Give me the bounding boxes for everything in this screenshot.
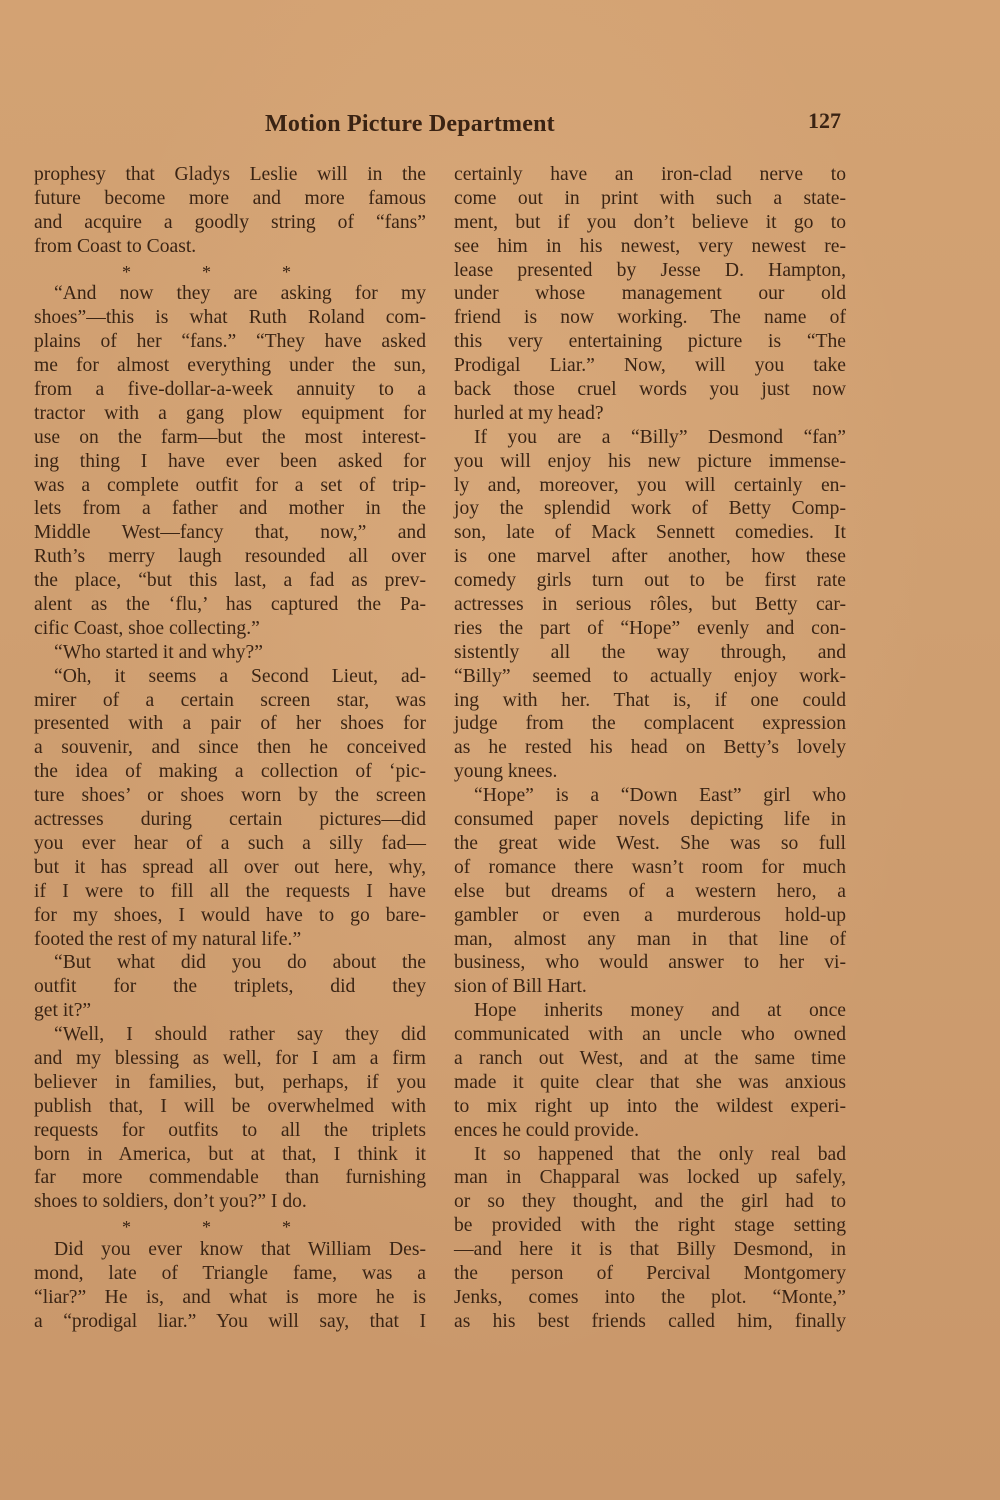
section-break: *** [34, 259, 426, 283]
text-line: this very entertaining picture is “The [454, 330, 846, 354]
text-line: use on the farm—but the most interest- [34, 426, 426, 450]
text-line: shoes”—this is what Ruth Roland com- [34, 306, 426, 330]
text-line: you will enjoy his new picture immense- [454, 450, 846, 474]
text-line: “Hope” is a “Down East” girl who [454, 784, 846, 808]
text-line: “liar?” He is, and what is more he is [34, 1286, 426, 1310]
text-line: the idea of making a collection of ‘pic- [34, 760, 426, 784]
text-line: to mix right up into the wildest experi- [454, 1095, 846, 1119]
text-line: Hope inherits money and at once [454, 999, 846, 1023]
text-line: ture shoes’ or shoes worn by the screen [34, 784, 426, 808]
text-line: actresses in serious rôles, but Betty ca… [454, 593, 846, 617]
text-line: come out in print with such a state- [454, 187, 846, 211]
text-line: else but dreams of a western hero, a [454, 880, 846, 904]
text-line: son, late of Mack Sennett comedies. It [454, 521, 846, 545]
left-column: prophesy that Gladys Leslie will in thef… [34, 163, 426, 1334]
text-line: outfit for the triplets, did they [34, 975, 426, 999]
text-line: future become more and more famous [34, 187, 426, 211]
text-line: “Billy” seemed to actually enjoy work- [454, 665, 846, 689]
text-line: you ever hear of a such a silly fad— [34, 832, 426, 856]
text-line: mond, late of Triangle fame, was a [34, 1262, 426, 1286]
asterisk-divider-icon: * [282, 261, 291, 285]
text-line: as he rested his head on Betty’s lovely [454, 736, 846, 760]
text-line: “Who started it and why?” [34, 641, 426, 665]
text-line: see him in his newest, very newest re- [454, 235, 846, 259]
asterisk-divider-icon: * [202, 1216, 211, 1240]
text-line: lease presented by Jesse D. Hampton, [454, 259, 846, 283]
text-line: “And now they are asking for my [34, 282, 426, 306]
text-line: ries the part of “Hope” evenly and con- [454, 617, 846, 641]
text-line: far more commendable than furnishing [34, 1166, 426, 1190]
text-line: as his best friends called him, finally [454, 1310, 846, 1334]
text-line: man, almost any man in that line of [454, 928, 846, 952]
text-line: the great wide West. She was so full [454, 832, 846, 856]
text-line: a ranch out West, and at the same time [454, 1047, 846, 1071]
text-line: lets from a father and mother in the [34, 497, 426, 521]
asterisk-divider-icon: * [122, 1216, 131, 1240]
text-line: from a five-dollar-a-week annuity to a [34, 378, 426, 402]
text-line: business, who would answer to her vi- [454, 951, 846, 975]
text-line: gambler or even a murderous hold-up [454, 904, 846, 928]
text-line: judge from the complacent expression [454, 712, 846, 736]
text-line: me for almost everything under the sun, [34, 354, 426, 378]
text-line: and acquire a goodly string of “fans” [34, 211, 426, 235]
text-line: a “prodigal liar.” You will say, that I [34, 1310, 426, 1334]
text-line: —and here it is that Billy Desmond, in [454, 1238, 846, 1262]
text-line: mirer of a certain screen star, was [34, 689, 426, 713]
text-line: ing thing I have ever been asked for [34, 450, 426, 474]
text-line: cific Coast, shoe collecting.” [34, 617, 426, 641]
text-line: certainly have an iron-clad nerve to [454, 163, 846, 187]
text-line: requests for outfits to all the triplets [34, 1119, 426, 1143]
text-line: Did you ever know that William Des- [34, 1238, 426, 1262]
text-line: joy the splendid work of Betty Comp- [454, 497, 846, 521]
asterisk-divider-icon: * [202, 261, 211, 285]
text-line: presented with a pair of her shoes for [34, 712, 426, 736]
page-number: 127 [808, 108, 841, 134]
text-line: ences he could provide. [454, 1119, 846, 1143]
text-line: plains of her “fans.” “They have asked [34, 330, 426, 354]
text-line: friend is now working. The name of [454, 306, 846, 330]
text-line: from Coast to Coast. [34, 235, 426, 259]
text-line: comedy girls turn out to be first rate [454, 569, 846, 593]
text-line: actresses during certain pictures—did [34, 808, 426, 832]
magazine-page: Motion Picture Department 127 prophesy t… [0, 0, 1000, 1500]
text-line: under whose management our old [454, 282, 846, 306]
text-line: of romance there wasn’t room for much [454, 856, 846, 880]
text-line: is one marvel after another, how these [454, 545, 846, 569]
text-line: the person of Percival Montgomery [454, 1262, 846, 1286]
text-line: was a complete outfit for a set of trip- [34, 474, 426, 498]
text-line: hurled at my head? [454, 402, 846, 426]
text-line: born in America, but at that, I think it [34, 1143, 426, 1167]
text-line: “Oh, it seems a Second Lieut, ad- [34, 665, 426, 689]
text-line: consumed paper novels depicting life in [454, 808, 846, 832]
text-line: get it?” [34, 999, 426, 1023]
text-line: “But what did you do about the [34, 951, 426, 975]
text-line: ing with her. That is, if one could [454, 689, 846, 713]
text-line: ly and, moreover, you will certainly en- [454, 474, 846, 498]
text-line: prophesy that Gladys Leslie will in the [34, 163, 426, 187]
text-line: if I were to fill all the requests I hav… [34, 880, 426, 904]
text-line: shoes to soldiers, don’t you?” I do. [34, 1190, 426, 1214]
text-line: for my shoes, I would have to go bare- [34, 904, 426, 928]
asterisk-divider-icon: * [282, 1216, 291, 1240]
section-title: Motion Picture Department [265, 111, 555, 138]
text-line: It so happened that the only real bad [454, 1143, 846, 1167]
text-line: Ruth’s merry laugh resounded all over [34, 545, 426, 569]
text-line: Jenks, comes into the plot. “Monte,” [454, 1286, 846, 1310]
text-line: or so they thought, and the girl had to [454, 1190, 846, 1214]
text-line: but it has spread all over out here, why… [34, 856, 426, 880]
running-header: Motion Picture Department 127 [0, 111, 1000, 145]
text-line: tractor with a gang plow equipment for [34, 402, 426, 426]
text-line: communicated with an uncle who owned [454, 1023, 846, 1047]
text-line: and my blessing as well, for I am a firm [34, 1047, 426, 1071]
text-line: “Well, I should rather say they did [34, 1023, 426, 1047]
text-line: be provided with the right stage setting [454, 1214, 846, 1238]
text-line: If you are a “Billy” Desmond “fan” [454, 426, 846, 450]
text-line: a souvenir, and since then he conceived [34, 736, 426, 760]
right-column: certainly have an iron-clad nerve tocome… [454, 163, 846, 1334]
text-line: sistently all the way through, and [454, 641, 846, 665]
text-line: believer in families, but, perhaps, if y… [34, 1071, 426, 1095]
text-line: young knees. [454, 760, 846, 784]
text-line: Middle West—fancy that, now,” and [34, 521, 426, 545]
text-line: publish that, I will be overwhelmed with [34, 1095, 426, 1119]
text-line: Prodigal Liar.” Now, will you take [454, 354, 846, 378]
text-line: back those cruel words you just now [454, 378, 846, 402]
text-line: footed the rest of my natural life.” [34, 928, 426, 952]
text-line: ment, but if you don’t believe it go to [454, 211, 846, 235]
text-line: made it quite clear that she was anxious [454, 1071, 846, 1095]
section-break: *** [34, 1214, 426, 1238]
text-line: man in Chapparal was locked up safely, [454, 1166, 846, 1190]
text-line: alent as the ‘flu,’ has captured the Pa- [34, 593, 426, 617]
text-line: sion of Bill Hart. [454, 975, 846, 999]
text-line: the place, “but this last, a fad as prev… [34, 569, 426, 593]
asterisk-divider-icon: * [122, 261, 131, 285]
